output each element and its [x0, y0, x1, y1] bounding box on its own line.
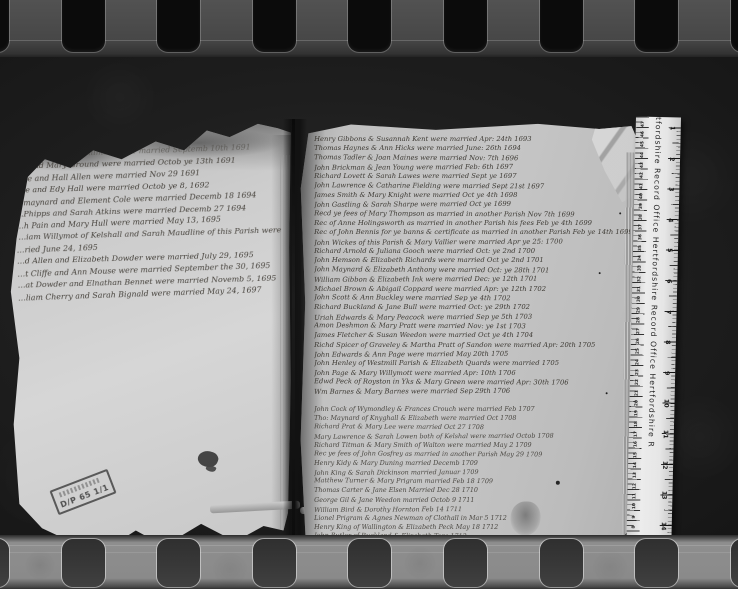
- left-page: and Mary Willmott were married Septemb 1…: [8, 115, 292, 557]
- register-entry: Thomas Carter & Jane Elsen Married Dec 2…: [314, 487, 630, 496]
- cm-number: 33: [635, 264, 644, 273]
- sprocket-hole: [62, 0, 105, 52]
- cm-number: 44: [638, 150, 647, 159]
- cm-number: 23: [633, 367, 642, 376]
- sprocket-hole: [348, 0, 391, 52]
- sprocket-hole: [348, 539, 391, 587]
- cm-number: 8: [630, 523, 639, 532]
- register-entry: Richard Lovett & Sarah Lawes were marrie…: [314, 172, 630, 181]
- cm-number: 26: [634, 336, 643, 345]
- register-entry: John Scott & Ann Buckley were married Se…: [314, 293, 630, 304]
- inch-number: 11: [660, 429, 670, 439]
- inch-number: 14: [658, 521, 668, 531]
- cm-number: 45: [638, 140, 647, 149]
- right-page: Henry Gibbons & Susannah Kent were marri…: [296, 120, 640, 581]
- film-sprocket-band-bottom: [0, 535, 738, 589]
- sprocket-hole: [157, 539, 200, 587]
- register-entry: John Edwards & Ann Page were married May…: [314, 349, 630, 360]
- stamp-text: D/P 65 1/1: [59, 483, 110, 510]
- cm-number: 47: [639, 119, 648, 128]
- register-entry: George Gil & Jane Weedon married Octob 9…: [314, 496, 630, 505]
- inch-number: 3: [665, 184, 675, 194]
- register-entry: Lionel Prigram & Agnes Newman of Clothal…: [314, 514, 630, 523]
- register-entry: Rec of John Bennis for ye banns & certif…: [314, 228, 630, 237]
- ink-blot: [196, 448, 220, 470]
- cm-number: 46: [639, 129, 648, 138]
- cm-number: 10: [630, 502, 639, 511]
- entry-block: John Cock of Wymondley & Frances Crouch …: [314, 405, 630, 541]
- cm-number: 40: [637, 191, 646, 200]
- cm-number: 25: [634, 347, 643, 356]
- sprocket-hole: [62, 539, 105, 587]
- cm-number: 21: [633, 388, 642, 397]
- cm-number: 38: [637, 212, 646, 221]
- sprocket-hole: [635, 0, 678, 52]
- inch-number: 8: [662, 337, 672, 347]
- cm-number: 36: [636, 233, 645, 242]
- inch-number: 9: [661, 368, 671, 378]
- cm-number: 14: [631, 461, 640, 470]
- register-entry: John Lawrence & Catharine Fielding were …: [314, 181, 630, 192]
- entry-block: Henry Gibbons & Susannah Kent were marri…: [314, 135, 630, 397]
- register-entry: Richard Arnold & Juliana Gooch were marr…: [314, 247, 630, 256]
- cm-number: 16: [631, 440, 640, 449]
- sprocket-hole: [0, 539, 9, 587]
- register-entry: Rec ye fees of John Gosfrey as married i…: [314, 449, 630, 460]
- cm-number: 35: [636, 243, 645, 252]
- cm-number: 28: [634, 316, 643, 325]
- sprocket-hole: [540, 0, 583, 52]
- inch-number: 13: [658, 490, 668, 500]
- sprocket-hole: [731, 539, 738, 587]
- inch-number: 2: [666, 154, 676, 164]
- inch-number: 6: [663, 276, 673, 286]
- cm-number: 39: [637, 202, 646, 211]
- cm-number: 18: [632, 419, 641, 428]
- cm-number: 13: [631, 471, 640, 480]
- left-page-entries: and Mary Willmott were married Septemb 1…: [14, 141, 284, 303]
- register-entry: Mary Lawrence & Sarah Lowen both of Kels…: [314, 431, 630, 442]
- cm-number: 32: [635, 274, 644, 283]
- sprocket-hole: [444, 0, 487, 52]
- cm-number: 43: [638, 160, 647, 169]
- register-entry: Thomas Haynes & Ann Hicks were married J…: [314, 144, 630, 153]
- register-entry: James Fletcher & Susan Weedon were marri…: [314, 331, 630, 340]
- inch-number: 10: [660, 399, 670, 409]
- sprocket-hole: [253, 0, 296, 52]
- inch-number: 7: [662, 307, 672, 317]
- cm-number: 24: [633, 357, 642, 366]
- cm-number: 15: [631, 450, 640, 459]
- cm-number: 20: [632, 398, 641, 407]
- inch-number: 12: [659, 460, 669, 470]
- cm-number: 34: [636, 254, 645, 263]
- film-sprocket-band-top: [0, 0, 738, 57]
- right-page-entries: Henry Gibbons & Susannah Kent were marri…: [314, 135, 630, 541]
- sprocket-hole: [444, 539, 487, 587]
- cm-number: 37: [636, 223, 645, 232]
- sprocket-hole: [635, 539, 678, 587]
- register-entry: William Bird & Dorothy Hornton Feb 14 17…: [314, 504, 630, 515]
- register-entry: John Hemson & Elizabeth Richards were ma…: [314, 257, 630, 266]
- register-entry: John Henley of Westmill Parish & Elizabe…: [314, 359, 630, 368]
- register-entry: John Cock of Wymondley & Frances Crouch …: [314, 405, 630, 414]
- cm-number: 12: [631, 481, 640, 490]
- cm-number: 19: [632, 409, 641, 418]
- cm-number: 31: [635, 285, 644, 294]
- cm-number: 42: [638, 171, 647, 180]
- cm-number: 17: [632, 429, 641, 438]
- register-entry: Henry Gibbons & Susannah Kent were marri…: [314, 135, 630, 144]
- sprocket-hole: [157, 0, 200, 52]
- cm-number: 11: [630, 492, 639, 501]
- ruler: 4746454443424140393837363534333231302928…: [626, 116, 681, 575]
- inch-number: 4: [665, 215, 675, 225]
- sprocket-hole: [731, 0, 738, 52]
- register-entry: Recd ye fees of Mary Thompson as married…: [314, 209, 630, 220]
- inch-number: 5: [664, 246, 674, 256]
- cm-number: 41: [637, 181, 646, 190]
- microfilm-frame: and Mary Willmott were married Septemb 1…: [0, 0, 738, 589]
- cm-number: 9: [630, 512, 639, 521]
- sprocket-hole: [253, 539, 296, 587]
- register-entry: William Gibbon & Elizabeth Ink were marr…: [314, 274, 630, 285]
- sprocket-hole: [0, 0, 9, 52]
- cm-number: 22: [633, 378, 642, 387]
- cm-number: 27: [634, 326, 643, 335]
- inch-number: 1: [667, 123, 677, 133]
- sprocket-hole: [540, 539, 583, 587]
- register-entry: Wm Barnes & Mary Barnes were married Sep…: [314, 386, 630, 397]
- register-entry: John Brickman & Jean Young were married …: [314, 162, 630, 173]
- register-entry: Amon Deshmon & Mary Pratt were married N…: [314, 321, 630, 332]
- film-exposure-area: and Mary Willmott were married Septemb 1…: [0, 57, 738, 535]
- register-entry: John Wickes of this Parish & Mary Vallie…: [314, 237, 630, 248]
- archive-reference-stamp: D/P 65 1/1: [49, 469, 116, 515]
- register-entry: Richard Buckland & Jane Bull were marrie…: [314, 303, 630, 312]
- register-entry: Rec of Anne Holingsworth as married in a…: [314, 219, 630, 228]
- cm-number: 30: [635, 295, 644, 304]
- cm-number: 29: [635, 305, 644, 314]
